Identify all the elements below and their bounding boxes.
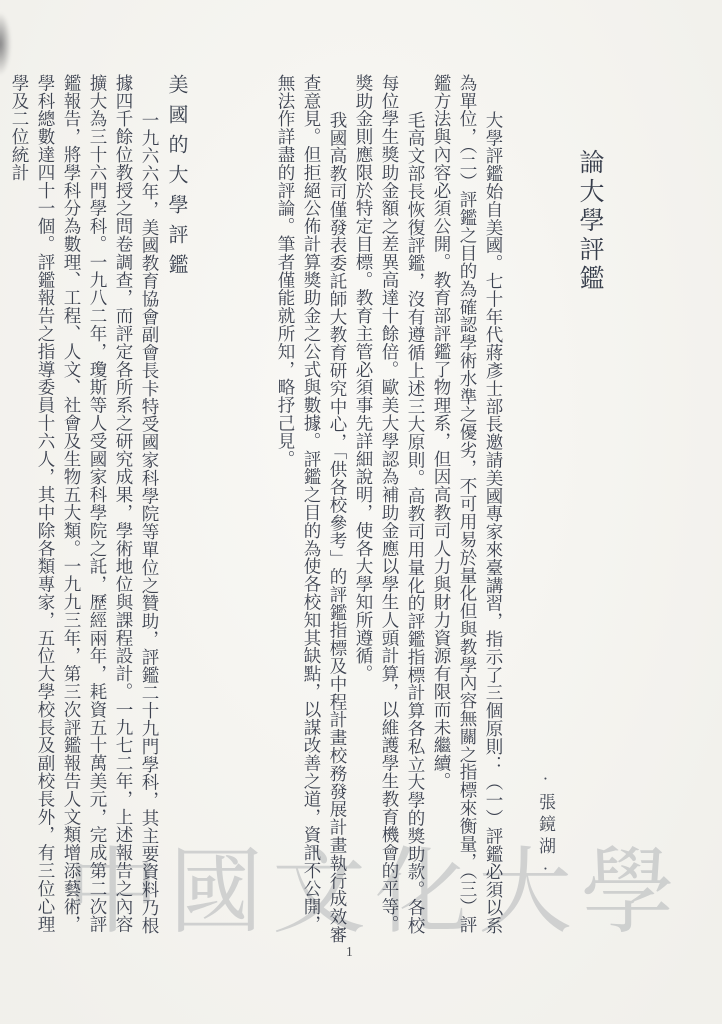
section-heading: 美國的大學評鑑 [163, 74, 273, 950]
scanned-page: 中國文化大學 論大學評鑑 ·張鏡湖· 大學評鑑始自美國。七十年代蔣彥士部長邀請美… [0, 0, 722, 1024]
author-name: ·張鏡湖· [533, 769, 558, 883]
paragraph-4: 一九六六年，美國教育協會副會長卡特受國家科學院等單位之贊助，評鑑二十九門學科，其… [7, 74, 163, 950]
paragraph-1: 大學評鑑始自美國。七十年代蔣彥士部長邀請美國專家來臺講習，指示了三個原則：（一）… [429, 74, 507, 950]
body-text: 大學評鑑始自美國。七十年代蔣彥士部長邀請美國專家來臺講習，指示了三個原則：（一）… [95, 74, 507, 950]
paragraph-2: 毛高文部長恢復評鑑，沒有遵循上述三大原則。高教司用量化的評鑑指標計算各私立大學的… [351, 74, 429, 950]
document-title: 論大學評鑑 [571, 149, 607, 294]
page-number: 1 [346, 944, 353, 960]
scan-artifact [0, 13, 11, 75]
paragraph-3: 我國高教司僅發表委託師大教育研究中心，「供各校參考」的評鑑指標及中程計畫校務發展… [273, 74, 351, 950]
